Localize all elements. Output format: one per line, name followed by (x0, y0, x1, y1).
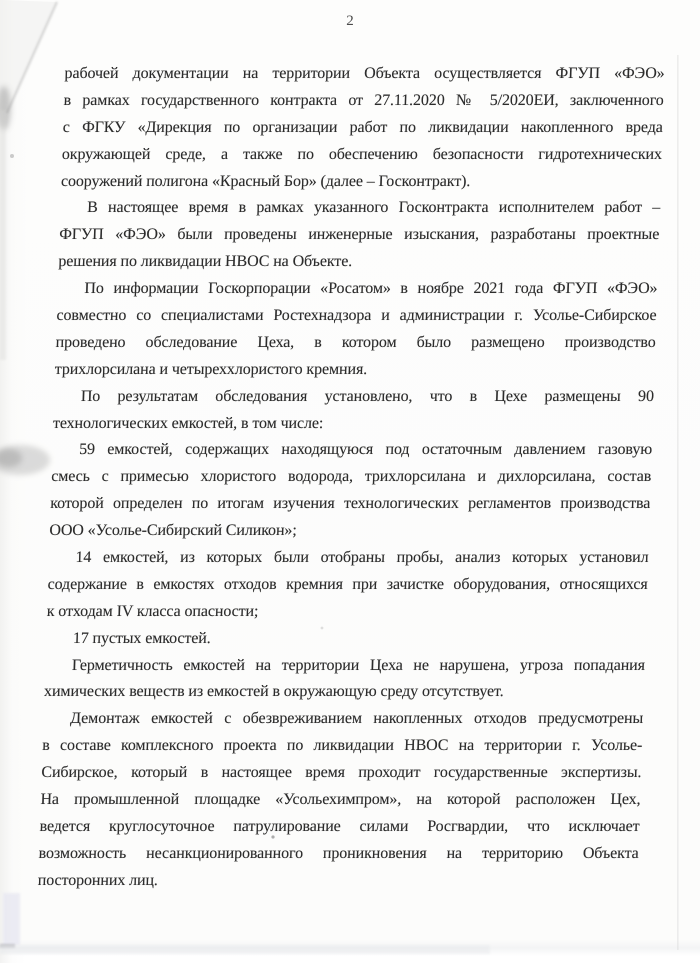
text-line: проведено обследование Цеха, в котором б… (55, 330, 656, 357)
text-line: Сибирское, который в настоящее время про… (41, 760, 642, 787)
bottom-left-strip-artifact (0, 893, 20, 948)
text-line: в рамках государственного контракта от 2… (63, 88, 664, 115)
text-line: смесь с примесью хлористого водорода, тр… (51, 464, 652, 491)
right-edge-line-artifact (677, 55, 679, 950)
text-line: 17 пустых емкостей. (45, 626, 646, 653)
text-line: окружающей среде, а также по обеспечению… (61, 142, 662, 169)
text-line: возможность несанкционированного проникн… (38, 841, 639, 868)
text-line: в составе комплексного проекта по ликвид… (42, 733, 643, 760)
text-line: ООО «Усолье-Сибирский Силикон»; (49, 518, 650, 545)
page-number: 2 (0, 13, 700, 30)
text-line: 59 емкостей, содержащих находящуюся под … (52, 437, 653, 464)
text-line: посторонних лиц. (37, 868, 638, 895)
text-line: ведется круглосуточное патрулирование си… (39, 814, 640, 841)
text-line: По информации Госкорпорации «Росатом» в … (57, 276, 658, 303)
text-line: с ФГКУ «Дирекция по организации работ по… (62, 115, 663, 142)
text-line: ФГУП «ФЭО» были проведены инженерные изы… (59, 222, 660, 249)
text-line: Демонтаж емкостей с обезвреживанием нако… (43, 706, 644, 733)
speck-artifact (10, 154, 14, 158)
document-text: рабочей документации на территории Объек… (37, 61, 665, 895)
text-line: рабочей документации на территории Объек… (64, 61, 665, 88)
scanned-page: 2 рабочей документации на территории Объ… (0, 0, 700, 963)
page-fold-artifact (0, 0, 57, 360)
bottom-edge-band-artifact (0, 945, 490, 954)
text-line: В настоящее время в рамках указанного Го… (60, 195, 661, 222)
text-line: Герметичность емкостей на территории Цех… (44, 653, 645, 680)
text-line: к отходам IV класса опасности; (46, 599, 647, 626)
text-line: решения по ликвидации НВОС на Объекте. (58, 249, 659, 276)
text-line: совместно со специалистами Ростехнадзора… (56, 303, 657, 330)
text-line: химических веществ из емкостей в окружаю… (44, 679, 645, 706)
left-edge-smudge-artifact (0, 445, 50, 475)
text-line: технологических емкостей, в том числе: (53, 411, 654, 438)
text-line: трихлорсилана и четыреххлористого кремни… (54, 357, 655, 384)
text-line: 14 емкостей, из которых были отобраны пр… (48, 545, 649, 572)
text-line: которой определен по итогам изучения тех… (50, 491, 651, 518)
text-line: По результатам обследования установлено,… (53, 384, 654, 411)
text-line: сооружений полигона «Красный Бор» (далее… (61, 169, 662, 196)
text-line: На промышленной площадке «Усольехимпром»… (40, 787, 641, 814)
text-line: содержание в емкостях отходов кремния пр… (47, 572, 648, 599)
